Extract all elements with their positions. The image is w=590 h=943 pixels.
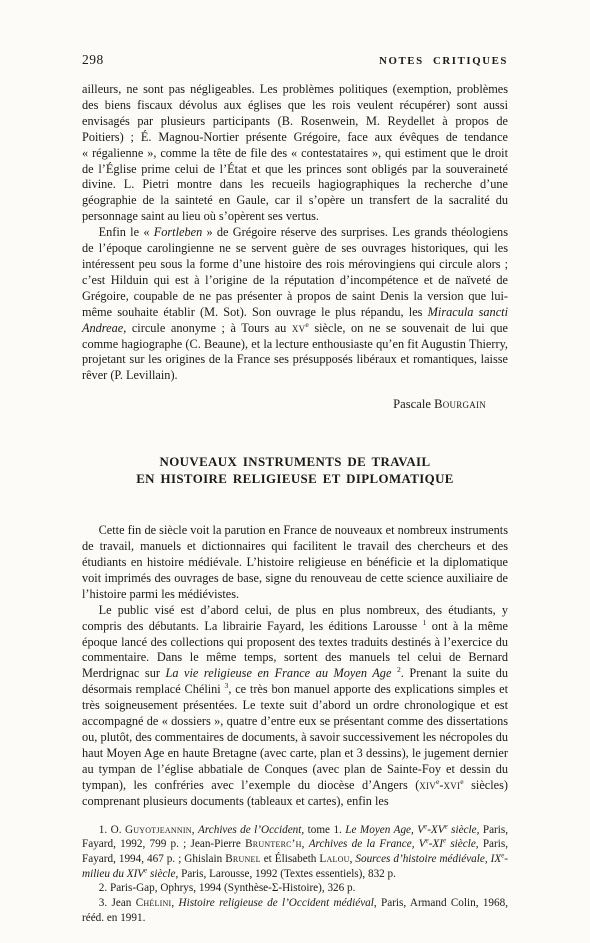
article-body: Cette fin de siècle voit la parution en … [82,523,508,809]
footnote-1: 1. O. Guyotjeannin, Archives de l’Occide… [82,823,508,882]
scanned-page: 298 NOTES CRITIQUES ailleurs, ne sont pa… [0,0,590,943]
footnote-2: 2. Paris-Gap, Ophrys, 1994 (Synthèse-Σ-H… [82,881,508,896]
page-number: 298 [82,52,104,68]
paragraph: Enfin le « Fortleben » de Grégoire réser… [82,225,508,384]
author-signature: Pascale Bourgain [82,397,486,412]
article-title-line-2: EN HISTOIRE RELIGIEUSE ET DIPLOMATIQUE [82,471,508,488]
running-title: NOTES CRITIQUES [379,55,508,67]
article-title-line-1: NOUVEAUX INSTRUMENTS DE TRAVAIL [82,454,508,471]
footnote-3: 3. Jean Chélini, Histoire religieuse de … [82,896,508,925]
paragraph: Cette fin de siècle voit la parution en … [82,523,508,603]
article-title: NOUVEAUX INSTRUMENTS DE TRAVAIL EN HISTO… [82,454,508,487]
footnotes-block: 1. O. Guyotjeannin, Archives de l’Occide… [82,823,508,926]
page-header: 298 NOTES CRITIQUES [82,52,508,68]
paragraph: Le public visé est d’abord celui, de plu… [82,603,508,810]
paragraph: ailleurs, ne sont pas négligeables. Les … [82,82,508,225]
review-conclusion: ailleurs, ne sont pas négligeables. Les … [82,82,508,412]
